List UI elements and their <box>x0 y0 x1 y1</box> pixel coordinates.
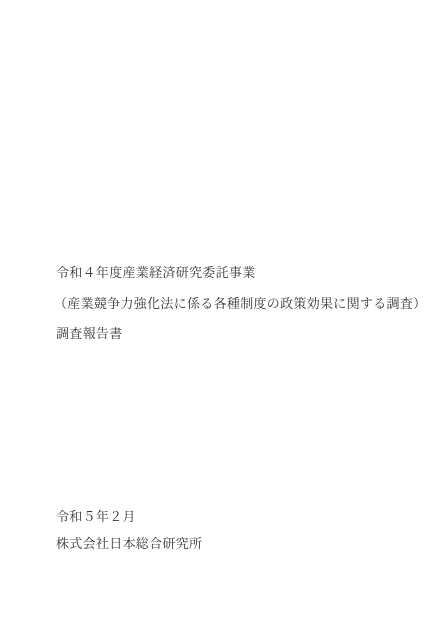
report-document-type: 調査報告書 <box>56 326 426 342</box>
report-organization: 株式会社日本総合研究所 <box>56 536 202 552</box>
report-date: 令和５年２月 <box>56 509 202 525</box>
report-project-title: 令和４年度産業経済研究委託事業 <box>56 265 426 281</box>
title-block: 令和４年度産業経済研究委託事業 （産業競争力強化法に係る各種制度の政策効果に関す… <box>56 265 426 357</box>
report-cover-page: 令和４年度産業経済研究委託事業 （産業競争力強化法に係る各種制度の政策効果に関す… <box>0 0 446 630</box>
footer-block: 令和５年２月 株式会社日本総合研究所 <box>56 509 202 562</box>
report-subtitle: （産業競争力強化法に係る各種制度の政策効果に関する調査） <box>54 296 426 312</box>
